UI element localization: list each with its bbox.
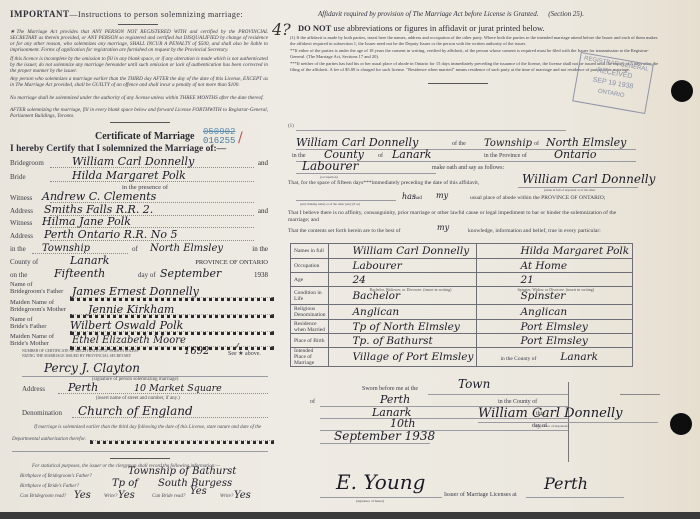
particulars-table: Names in fullWilliam Carl DonnellyHilda …: [290, 243, 633, 367]
date-field: on the Fifteenth day of September 1938: [10, 268, 268, 281]
bride-write-value: Yes: [234, 490, 251, 501]
bride-particular: Port Elmsley: [477, 320, 633, 334]
certify-statement: I hereby Certify that I solemnized the M…: [10, 144, 226, 154]
particulars-row: OccupationLabourerAt Home: [291, 259, 633, 273]
instruction-paragraph: If this licence is incomplete by the omi…: [10, 56, 268, 74]
divider: [118, 24, 158, 25]
bride-particular: Port Elmsley: [477, 334, 633, 348]
particulars-label: Intended Place of Marriage: [291, 348, 329, 367]
particulars-label: Religious Denomination: [291, 305, 329, 320]
impediment-statement: That I believe there is no affinity, con…: [288, 210, 636, 224]
groom-particular: Tp of North Elmsley: [329, 320, 477, 334]
municipality-name: North Elmsley: [150, 243, 223, 254]
his-their: my: [436, 191, 448, 200]
registration-label: NUMBER OF CERTIFICATE OF REGISTRATION OF…: [22, 349, 139, 358]
issuer-place: Perth: [544, 474, 588, 493]
groom-father-label: Name ofBridegroom's Father: [10, 281, 63, 295]
groom-read-label: Can Bridegroom read?: [20, 494, 66, 500]
punch-hole: [670, 413, 692, 435]
sworn-month-year: September 1938: [334, 429, 435, 443]
check-mark-icon: /: [238, 130, 243, 146]
issuer-label: Issuer of Marriage Licenses at: [444, 492, 517, 498]
margin-note: 4?: [272, 20, 291, 39]
particulars-label: Residence when Married: [291, 320, 329, 334]
bride-particular: 21: [477, 273, 633, 287]
year-value: 1938: [254, 271, 268, 279]
bride-write-label: Write?: [220, 494, 233, 500]
municipality-type: Township: [42, 243, 90, 254]
deponent-caption: (signature of deponent): [536, 423, 569, 429]
name-caption: (name in full of deponent or of the othe…: [544, 187, 595, 193]
groom-particular: Labourer: [329, 259, 477, 273]
denomination-field: Denomination Church of England: [10, 403, 268, 419]
county-name: Lanark: [70, 254, 109, 267]
contents-statement-a: That the contents set forth herein are t…: [288, 228, 400, 234]
registration-number: 1692: [184, 346, 209, 357]
issuer-signature: E. Young: [336, 470, 425, 494]
abode-statement: That, for the space of fifteen days***im…: [288, 180, 479, 186]
particulars-row: Intended Place of MarriageVillage of Por…: [291, 348, 633, 367]
particulars-label: Names in full: [291, 244, 329, 259]
issuer-caption: (signature of Issuer): [356, 498, 384, 504]
particulars-label: Occupation: [291, 259, 329, 273]
groom-write-label: Write?: [104, 494, 117, 500]
bridegroom-name: William Carl Donnelly: [72, 155, 194, 168]
groom-particular: Tp. of Bathurst: [329, 334, 477, 348]
witness1-name: Andrew C. Clements: [42, 190, 156, 203]
party-marker: (1): [288, 124, 294, 130]
abbreviation-warning: DO NOT use abbreviations or figures in a…: [298, 23, 545, 33]
groom-particular: 24: [329, 273, 477, 287]
county-field: County of Lanark PROVINCE OF ONTARIO: [10, 255, 268, 268]
witness2-name: Hilma Jane Polk: [42, 215, 131, 228]
marriage-document: IMPORTANT—Instructions to person solemni…: [0, 0, 700, 512]
see-above-note: See ★ above.: [228, 350, 261, 357]
divider: [110, 458, 170, 459]
certificate-title: Certificate of Marriage: [95, 131, 194, 142]
party-caption: party making same) or of the other party…: [300, 201, 360, 207]
mark-icon: ⁄: [236, 342, 238, 353]
scan-edge: [0, 512, 700, 519]
deponent-occupation: Labourer: [302, 159, 358, 173]
groom-particular: Bachelor, Widower, or Divorcee. (insert …: [329, 287, 477, 305]
bride-read-label: Can Bride read?: [152, 494, 185, 500]
bride-mother-label: Maiden Name ofBride's Mother: [10, 333, 54, 347]
divider: [110, 122, 170, 123]
address-caption: (insert name of street and number, if an…: [96, 396, 180, 402]
witness2-address: Perth Ontario R.R. No 5: [44, 228, 177, 241]
officiant-address-field: Address Perth 10 Market Square: [10, 382, 268, 395]
officiant-town: Perth: [68, 381, 98, 394]
instruction-paragraph: AFTER solemnizing the marriage, fill in …: [10, 107, 268, 119]
affidavit-note: (1) If the affidavit is made by both par…: [290, 35, 660, 46]
instruction-paragraph: No marriage shall be solemnized under th…: [10, 95, 268, 101]
bridegroom-field: Bridegroom William Carl Donnelly and: [10, 156, 268, 169]
bride-particular: in the County ofLanark: [477, 348, 633, 367]
particulars-label: Age: [291, 273, 329, 287]
instruction-paragraph: ★The Marriage Act provides that ANY PERS…: [10, 29, 268, 53]
bride-particular: Anglican: [477, 305, 633, 320]
contents-statement-b: knowledge, information and belief, true …: [468, 228, 601, 234]
bride-name: Hilda Margaret Polk: [72, 169, 186, 182]
instructions-title: IMPORTANT—Instructions to person solemni…: [10, 9, 243, 19]
groom-particular: Village of Port Elmsley: [329, 348, 477, 367]
particulars-row: Religious DenominationAnglicanAnglican: [291, 305, 633, 320]
groom-particular: William Carl Donnelly: [329, 244, 477, 259]
address2-field: Address Perth Ontario R.R. No 5: [10, 229, 268, 242]
denomination-value: Church of England: [78, 404, 193, 418]
bride-particular: Hilda Margaret Polk: [477, 244, 633, 259]
groom-read-value: Yes: [74, 490, 91, 501]
bride-father-label: Name ofBride's Father: [10, 316, 46, 330]
particulars-label: Place of Birth: [291, 334, 329, 348]
particulars-label: Condition in Life: [291, 287, 329, 305]
bride-particular: Spinster, Widow or Divorcee. (insert in …: [477, 287, 633, 305]
bride-field: Bride Hilda Margaret Polk: [10, 170, 268, 183]
officiant-street: 10 Market Square: [134, 383, 222, 394]
early-marriage-note-2: Departmental authorization therefor.: [12, 437, 86, 443]
bride-father-birthplace-label: Birthplace of Bride's Father?: [20, 484, 79, 490]
divider: [428, 83, 488, 84]
knowledge-of: my: [437, 223, 449, 232]
particulars-row: Age2421: [291, 273, 633, 287]
bride-read-value: Yes: [190, 486, 207, 497]
groom-mother-label: Maiden Name ofBridegroom's Mother: [10, 299, 66, 313]
particulars-row: Names in fullWilliam Carl DonnellyHilda …: [291, 244, 633, 259]
affidavit-title: Affidavit required by provision of The M…: [318, 10, 584, 18]
particulars-row: Residence when MarriedTp of North Elmsle…: [291, 320, 633, 334]
sworn-label: Sworn before me at the: [362, 386, 418, 392]
municipality-field: in the Township of North Elmsley in the: [10, 242, 268, 255]
officiant-signature: Percy J. Clayton: [44, 361, 140, 375]
sworn-town: Perth: [380, 393, 410, 406]
instruction-paragraph: Any person who solemnizes a marriage ear…: [10, 76, 268, 88]
day-value: Fifteenth: [54, 267, 105, 280]
abode-tail: usual place of abode within the PROVINCE…: [470, 195, 605, 201]
groom-father-birthplace-label: Birthplace of Bridegroom's Father?: [20, 474, 92, 480]
bride-mother-name: Ethel Elizabeth Moore: [72, 335, 186, 346]
groom-write-value: Yes: [118, 490, 135, 501]
groom-father-birthplace: Township of Bathurst: [128, 466, 236, 477]
early-marriage-note: If marriage is solemnized earlier than t…: [34, 425, 270, 431]
month-value: September: [160, 267, 221, 280]
bride-father-birthplace-prefix: Tp of: [112, 478, 138, 489]
particulars-row: Condition in LifeBachelor, Widower, or D…: [291, 287, 633, 305]
punch-hole: [671, 80, 693, 102]
deponent-signature: William Carl Donnelly: [478, 406, 623, 421]
bride-particular: At Home: [477, 259, 633, 273]
sworn-place-type: Town: [458, 377, 490, 391]
abode-person: William Carl Donnelly: [522, 172, 655, 186]
groom-particular: Anglican: [329, 305, 477, 320]
particulars-row: Place of BirthTp. of BathurstPort Elmsle…: [291, 334, 633, 348]
